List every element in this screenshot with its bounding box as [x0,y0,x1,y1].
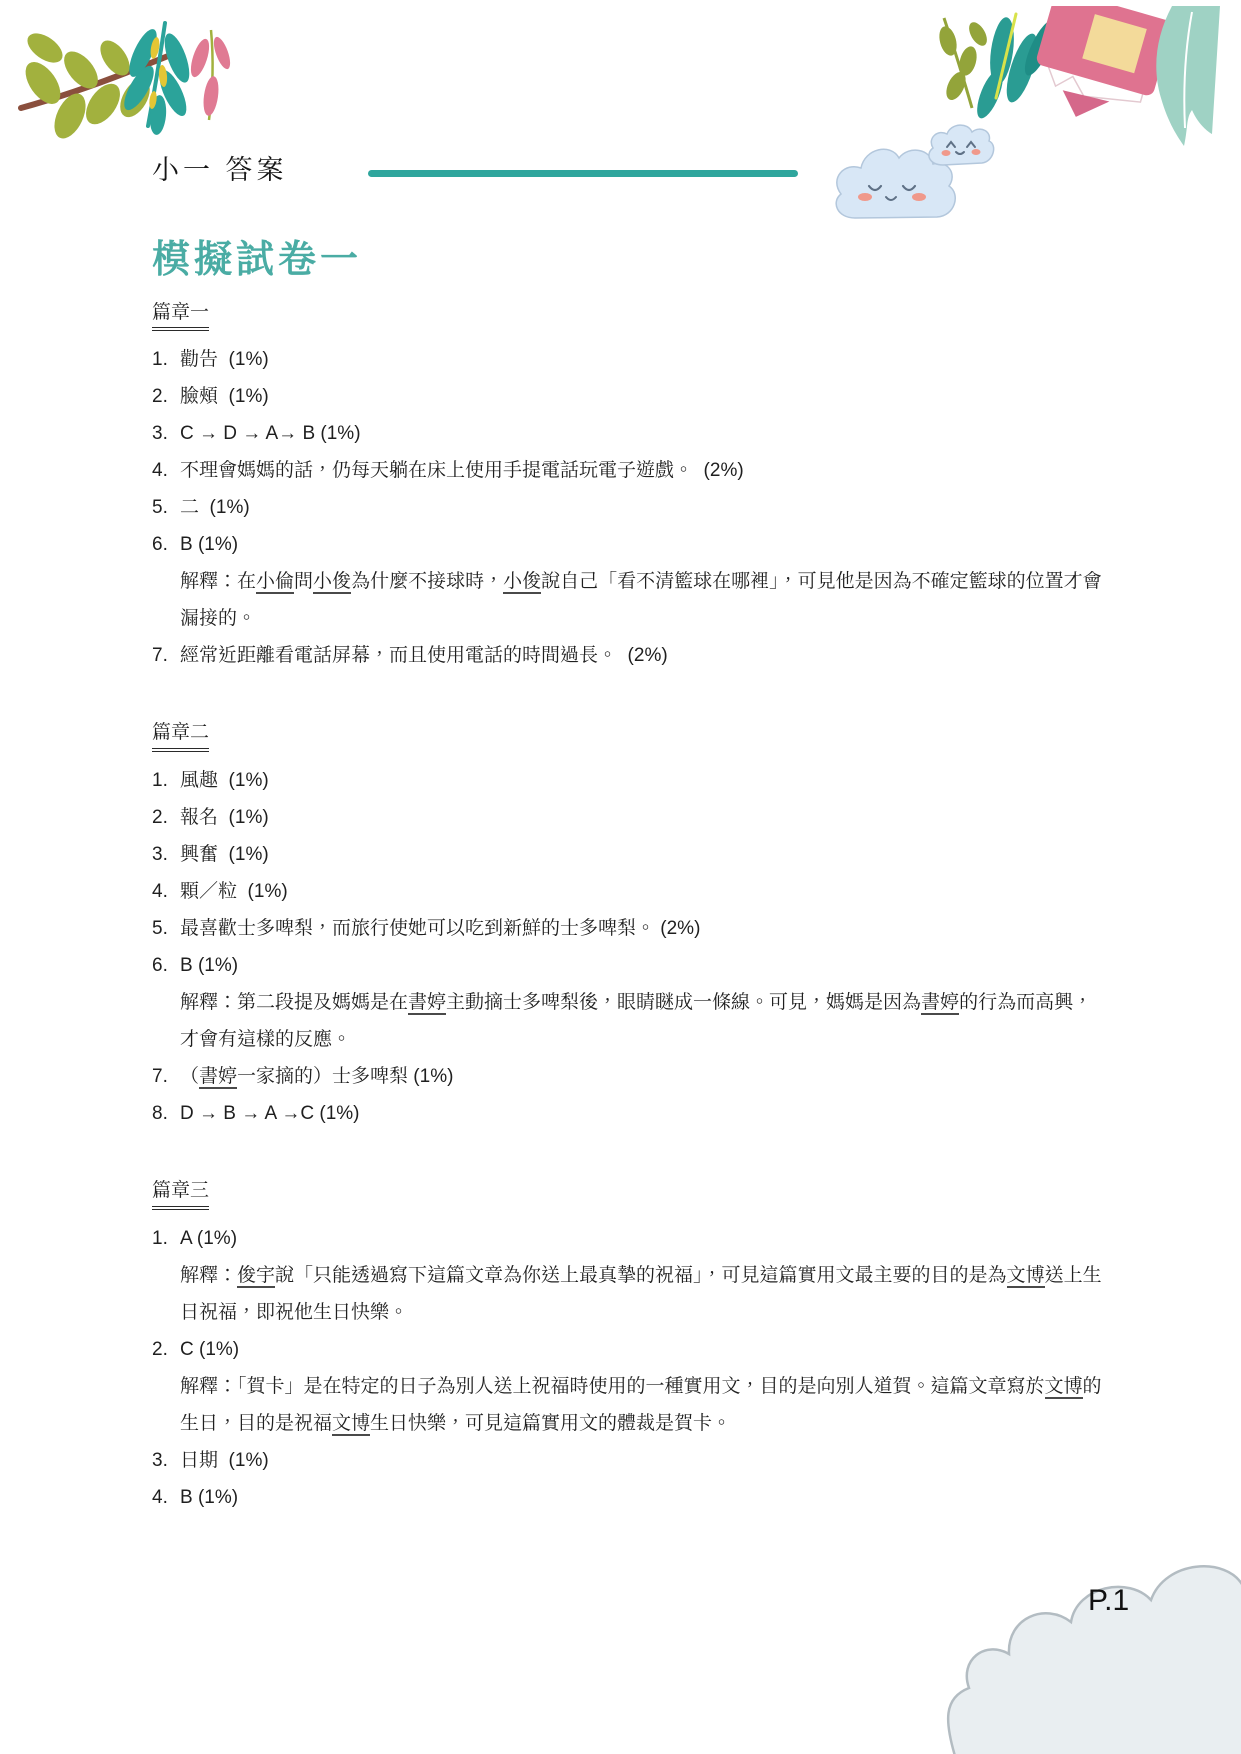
text-segment: C → D → A→ B (1%) [180,423,361,444]
text-segment: 解釋：在 [180,571,256,592]
proper-noun-underlined: 文博 [1007,1265,1045,1288]
answer-item: 4.B (1%) [152,1479,1110,1516]
text-segment: 風趣 (1%) [180,770,269,791]
answer-item: 1.A (1%) [152,1220,1110,1257]
text-segment: 解釋： [180,1265,237,1286]
item-text: （書婷一家摘的）士多啤梨 (1%) [180,1058,1110,1095]
text-segment: 報名 (1%) [180,807,269,828]
item-number: 5. [152,910,180,947]
exam-paper-heading: 模擬試卷一 [152,240,1110,282]
text-segment: D → B → A →C (1%) [180,1103,359,1124]
text-segment: 解釋：「賀卡」是在特定的日子為別人送上祝福時使用的一種實用文，目的是向別人道賀。… [180,1376,1045,1397]
text-segment: 不理會媽媽的話，仍每天躺在床上使用手提電話玩電子遊戲。 (2%) [180,460,744,481]
answer-explanation: 解釋：在小倫問小俊為什麼不接球時，小俊說自己「看不清籃球在哪裡」，可見他是因為不… [180,563,1110,637]
answer-sheet-page: 小一 答案 模擬試卷一 篇章一1.勸告 (1%)2.臉頰 (1%)3.C → D… [0,0,1241,1754]
section: 篇章一1.勸告 (1%)2.臉頰 (1%)3.C → D → A→ B (1%)… [152,300,1110,675]
text-segment: 臉頰 (1%) [180,386,269,407]
item-number: 8. [152,1095,180,1132]
item-text: B (1%) [180,947,1110,984]
teal-divider-line [368,170,798,177]
item-text: 報名 (1%) [180,799,1110,836]
section-heading-row: 篇章一 [152,300,1110,332]
item-text: 顆／粒 (1%) [180,873,1110,910]
proper-noun-underlined: 小俊 [503,571,541,594]
item-number: 4. [152,452,180,489]
section-heading: 篇章三 [152,1178,209,1210]
smiling-clouds-icon [825,120,1005,225]
item-text: 解釋：第二段提及媽媽是在書婷主動摘士多啤梨後，眼睛瞇成一條線。可見，媽媽是因為書… [180,984,1110,1058]
text-segment: 一家摘的）士多啤梨 (1%) [237,1066,453,1087]
item-number: 6. [152,526,180,563]
item-number: 4. [152,873,180,910]
answer-item: 3.日期 (1%) [152,1442,1110,1479]
item-number: 4. [152,1479,180,1516]
answer-item: 5.二 (1%) [152,489,1110,526]
proper-noun-underlined: 小倫 [256,571,294,594]
text-segment: C (1%) [180,1339,239,1360]
answer-item: 3.C → D → A→ B (1%) [152,415,1110,452]
item-number: 7. [152,637,180,674]
proper-noun-underlined: 書婷 [199,1066,237,1089]
text-segment: 興奮 (1%) [180,844,269,865]
item-text: 二 (1%) [180,489,1110,526]
text-segment: 說「只能透過寫下這篇文章為你送上最真摯的祝福」，可見這篇實用文最主要的目的是為 [275,1265,1007,1286]
item-text: C → D → A→ B (1%) [180,415,1110,452]
answer-explanation: 解釋：第二段提及媽媽是在書婷主動摘士多啤梨後，眼睛瞇成一條線。可見，媽媽是因為書… [180,984,1110,1058]
answer-sections: 篇章一1.勸告 (1%)2.臉頰 (1%)3.C → D → A→ B (1%)… [152,300,1110,1516]
text-segment: 主動摘士多啤梨後，眼睛瞇成一條線。可見，媽媽是因為 [446,992,921,1013]
text-segment: （ [180,1066,199,1087]
answer-item: 4.不理會媽媽的話，仍每天躺在床上使用手提電話玩電子遊戲。 (2%) [152,452,1110,489]
item-number: 1. [152,1220,180,1257]
answer-item: 2.臉頰 (1%) [152,378,1110,415]
page-number: P.1 [1088,1584,1129,1618]
item-text: 不理會媽媽的話，仍每天躺在床上使用手提電話玩電子遊戲。 (2%) [180,452,1110,489]
item-text: D → B → A →C (1%) [180,1095,1110,1132]
item-text: 臉頰 (1%) [180,378,1110,415]
text-segment: 經常近距離看電話屏幕，而且使用電話的時間過長。 (2%) [180,645,668,666]
answer-item: 8.D → B → A →C (1%) [152,1095,1110,1132]
item-number: 3. [152,836,180,873]
section-heading-row: 篇章二 [152,720,1110,752]
item-number: 1. [152,341,180,378]
answer-item: 3.興奮 (1%) [152,836,1110,873]
document-title: 小一 答案 [152,148,288,187]
proper-noun-underlined: 書婷 [408,992,446,1015]
answer-item: 1.風趣 (1%) [152,762,1110,799]
answer-item: 4.顆／粒 (1%) [152,873,1110,910]
item-number: 7. [152,1058,180,1095]
section-heading: 篇章二 [152,720,209,752]
text-segment: 解釋：第二段提及媽媽是在 [180,992,408,1013]
item-number: 6. [152,947,180,984]
section-heading-row: 篇章三 [152,1178,1110,1210]
text-segment: 生日快樂，可見這篇實用文的體裁是賀卡。 [370,1413,731,1434]
answer-item: 2.C (1%) [152,1331,1110,1368]
text-segment: 日期 (1%) [180,1450,269,1471]
proper-noun-underlined: 書婷 [921,992,959,1015]
item-number: 5. [152,489,180,526]
text-segment: 顆／粒 (1%) [180,881,288,902]
text-segment: 問 [294,571,313,592]
content-area: 模擬試卷一 篇章一1.勸告 (1%)2.臉頰 (1%)3.C → D → A→ … [152,240,1110,1516]
text-segment: B (1%) [180,1487,238,1508]
answer-explanation: 解釋：俊宇說「只能透過寫下這篇文章為你送上最真摯的祝福」，可見這篇實用文最主要的… [180,1257,1110,1331]
item-text: 解釋：「賀卡」是在特定的日子為別人送上祝福時使用的一種實用文，目的是向別人道賀。… [180,1368,1110,1442]
proper-noun-underlined: 俊宇 [237,1265,275,1288]
item-text: 經常近距離看電話屏幕，而且使用電話的時間過長。 (2%) [180,637,1110,674]
answer-item: 2.報名 (1%) [152,799,1110,836]
answer-item: 6.B (1%) [152,947,1110,984]
section: 篇章三1.A (1%)解釋：俊宇說「只能透過寫下這篇文章為你送上最真摯的祝福」，… [152,1178,1110,1516]
answer-item: 1.勸告 (1%) [152,341,1110,378]
item-number: 3. [152,415,180,452]
item-text: A (1%) [180,1220,1110,1257]
item-text: C (1%) [180,1331,1110,1368]
item-number: 3. [152,1442,180,1479]
item-number: 2. [152,378,180,415]
answer-item: 7.經常近距離看電話屏幕，而且使用電話的時間過長。 (2%) [152,637,1110,674]
text-segment: 勸告 (1%) [180,349,269,370]
leaves-and-book-decoration-icon [930,6,1225,151]
item-text: B (1%) [180,1479,1110,1516]
proper-noun-underlined: 文博 [1045,1376,1083,1399]
text-segment: 二 (1%) [180,497,250,518]
proper-noun-underlined: 小俊 [313,571,351,594]
text-segment: B (1%) [180,534,238,555]
item-number: 2. [152,799,180,836]
item-text: 風趣 (1%) [180,762,1110,799]
item-text: 勸告 (1%) [180,341,1110,378]
page-corner-cloud-icon [941,1494,1241,1754]
text-segment: 最喜歡士多啤梨，而旅行使她可以吃到新鮮的士多啤梨。 (2%) [180,918,700,939]
text-segment: A (1%) [180,1228,237,1249]
proper-noun-underlined: 文博 [332,1413,370,1436]
section-heading: 篇章一 [152,300,209,332]
item-text: 興奮 (1%) [180,836,1110,873]
item-text: B (1%) [180,526,1110,563]
item-text: 日期 (1%) [180,1442,1110,1479]
item-text: 解釋：在小倫問小俊為什麼不接球時，小俊說自己「看不清籃球在哪裡」，可見他是因為不… [180,563,1110,637]
item-text: 解釋：俊宇說「只能透過寫下這篇文章為你送上最真摯的祝福」，可見這篇實用文最主要的… [180,1257,1110,1331]
answer-item: 5.最喜歡士多啤梨，而旅行使她可以吃到新鮮的士多啤梨。 (2%) [152,910,1110,947]
text-segment: B (1%) [180,955,238,976]
item-text: 最喜歡士多啤梨，而旅行使她可以吃到新鮮的士多啤梨。 (2%) [180,910,1110,947]
answer-item: 7.（書婷一家摘的）士多啤梨 (1%) [152,1058,1110,1095]
item-number: 2. [152,1331,180,1368]
text-segment: 為什麼不接球時， [351,571,503,592]
answer-explanation: 解釋：「賀卡」是在特定的日子為別人送上祝福時使用的一種實用文，目的是向別人道賀。… [180,1368,1110,1442]
leaf-branch-decoration-icon [15,8,245,148]
answer-item: 6.B (1%) [152,526,1110,563]
section: 篇章二1.風趣 (1%)2.報名 (1%)3.興奮 (1%)4.顆／粒 (1%)… [152,720,1110,1132]
item-number: 1. [152,762,180,799]
